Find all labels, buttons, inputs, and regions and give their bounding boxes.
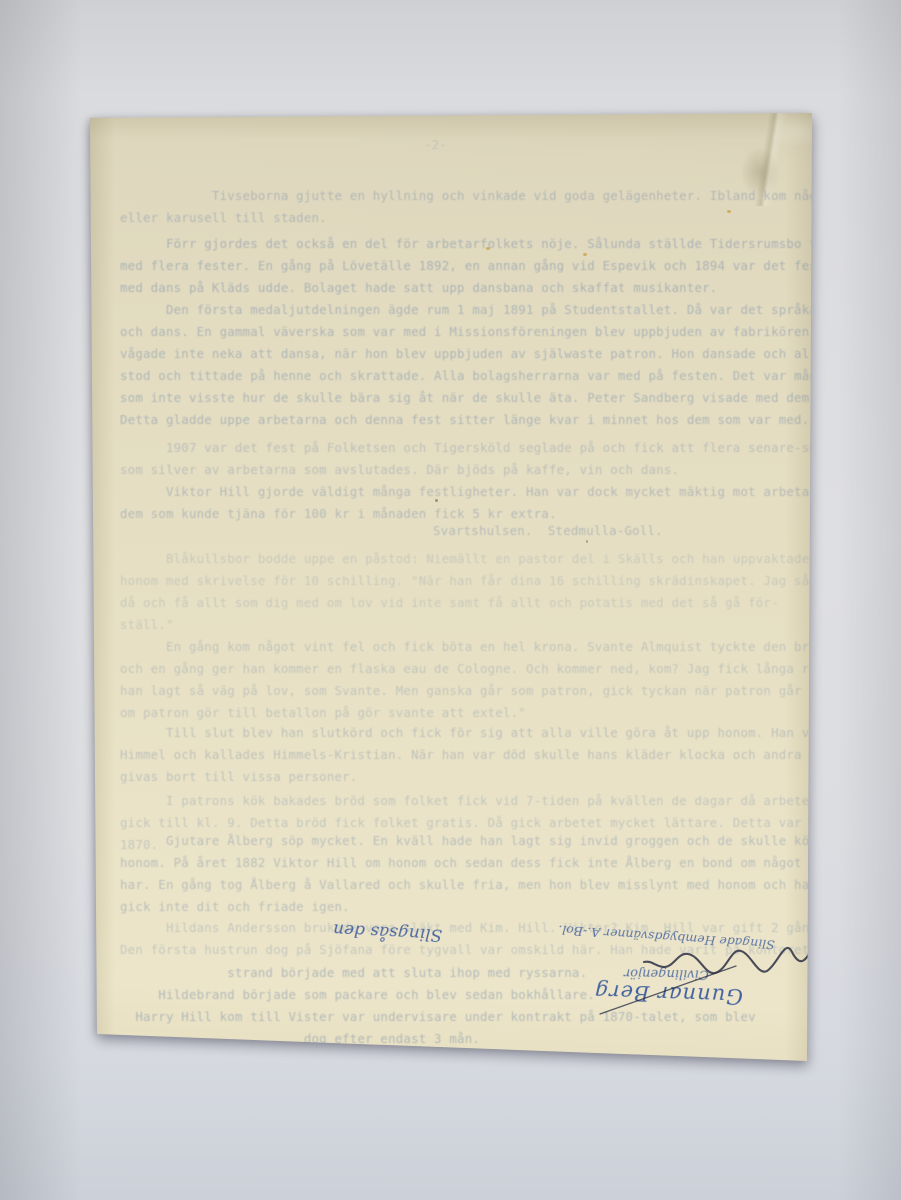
- typed-paragraph: Tivseborna gjutte en hyllning och vinkad…: [120, 185, 814, 229]
- typed-line: dog efter endast 3 mån.: [120, 1028, 756, 1050]
- typed-line: Detta gladde uppe arbetarna och denna fe…: [120, 409, 814, 431]
- typed-paragraph: Blåkullsbor bodde uppe en påstod: Niemäl…: [120, 548, 814, 636]
- typed-paragraph: En gång kom något vint fel och fick böta…: [120, 636, 814, 724]
- typed-line: och en gång ger han kommer en flaska eau…: [120, 658, 814, 680]
- typed-line: han lagt så väg på lov, som Svante. Men …: [120, 680, 814, 702]
- typed-line: Tivseborna gjutte en hyllning och vinkad…: [120, 185, 814, 207]
- typed-line: Gjutare Ålberg söp mycket. En kväll hade…: [120, 830, 814, 852]
- typed-line: med dans på Kläds udde. Bolaget hade sat…: [120, 277, 814, 299]
- signature-title: Civilingenjör: [624, 965, 709, 981]
- typed-line: honom med skrivelse för 10 schilling. "N…: [120, 570, 814, 592]
- typed-line: då och få allt som dig med om lov vid in…: [120, 592, 814, 614]
- typed-line: har. En gång tog Ålberg å Vallared och s…: [120, 874, 814, 896]
- typed-line: som inte visste hur de skulle bära sig å…: [120, 387, 814, 409]
- typed-line: om patron gör till betallon på gör svant…: [120, 702, 814, 724]
- paper-sheet: -2- Tivseborna gjutte en hyllning och vi…: [86, 110, 814, 1062]
- typed-line: gick inte dit och friade igen.: [120, 896, 814, 918]
- typed-line: En gång kom något vint fel och fick böta…: [120, 636, 814, 658]
- typed-line: honom. På året 1882 Viktor Hill om honom…: [120, 852, 814, 874]
- typed-line: ställ.": [120, 614, 814, 636]
- photo-backdrop: -2- Tivseborna gjutte en hyllning och vi…: [0, 0, 901, 1200]
- typed-paragraph: Gjutare Ålberg söp mycket. En kväll hade…: [120, 830, 814, 918]
- typed-line: 1907 var det fest på Folketsen och Tiger…: [120, 437, 814, 459]
- typed-paragraph: Den första medaljutdelningen ägde rum 1 …: [120, 299, 814, 431]
- typed-line: eller karusell till staden.: [120, 207, 814, 229]
- typed-paragraph: Till slut blev han slutkörd och fick för…: [120, 722, 814, 788]
- typed-line: Viktor Hill gjorde väldigt många festlig…: [120, 481, 814, 503]
- typed-paragraph: Viktor Hill gjorde väldigt många festlig…: [120, 481, 814, 525]
- section-heading: Svartshulsen. Stedmulla-Goll.: [433, 520, 663, 542]
- typed-paragraph: 1907 var det fest på Folketsen och Tiger…: [120, 437, 814, 481]
- typed-line: vågade inte neka att dansa, när hon blev…: [120, 343, 814, 365]
- typed-line: Den första medaljutdelningen ägde rum 1 …: [120, 299, 814, 321]
- typed-line: och dans. En gammal väverska som var med…: [120, 321, 814, 343]
- typed-line: Förr gjordes det också en del för arbeta…: [120, 233, 814, 255]
- typed-line: Himmel och kallades Himmels-Kristian. Nä…: [120, 744, 814, 766]
- page-number: -2-: [424, 134, 447, 156]
- signature-name: Gunnar Berg: [594, 979, 744, 1008]
- typed-line: Blåkullsbor bodde uppe en påstod: Niemäl…: [120, 548, 814, 570]
- typed-line: Till slut blev han slutkörd och fick för…: [120, 722, 814, 744]
- typed-line: som silver av arbetarna som avslutades. …: [120, 459, 814, 481]
- typed-line: med flera fester. En gång på Lövetälle 1…: [120, 255, 814, 277]
- typed-paragraph: Förr gjordes det också en del för arbeta…: [120, 233, 814, 299]
- typed-line: givas bort till vissa personer.: [120, 766, 814, 788]
- typed-line: I patrons kök bakades bröd som folket fi…: [120, 790, 814, 812]
- typed-line: Harry Hill kom till Vister var undervisa…: [120, 1006, 756, 1028]
- typed-line: stod och tittade på henne och skrattade.…: [120, 365, 814, 387]
- paper-sheet-wrapper: -2- Tivseborna gjutte en hyllning och vi…: [86, 110, 814, 1062]
